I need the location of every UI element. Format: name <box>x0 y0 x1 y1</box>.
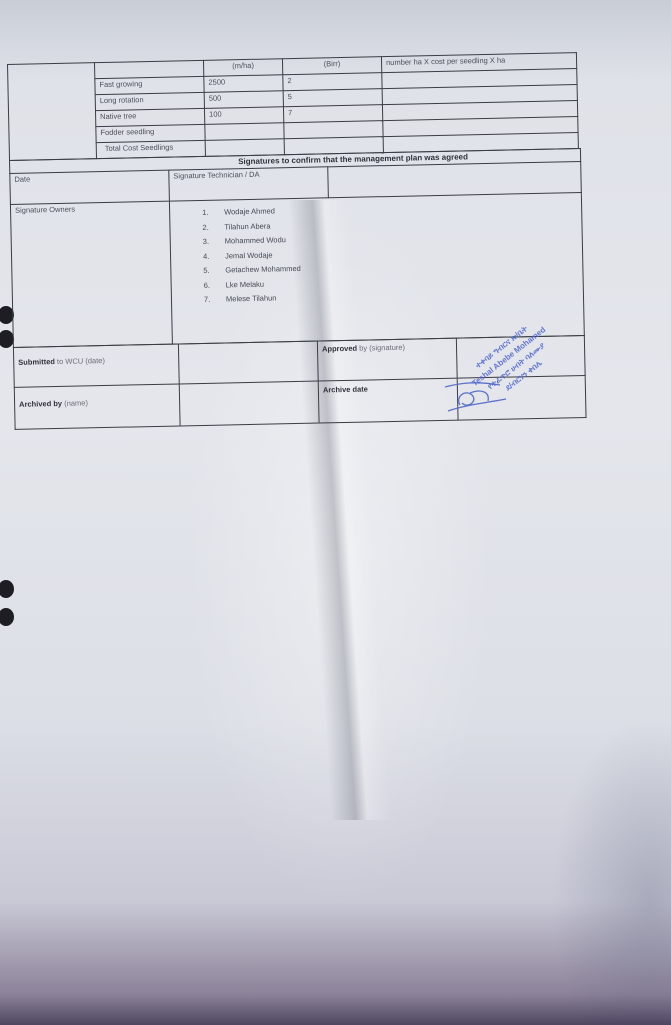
submitted-date-field <box>178 341 318 384</box>
archived-label-suffix: (name) <box>64 398 88 407</box>
density-cell <box>205 123 284 141</box>
owner-name: Wodaje Ahmed <box>224 206 275 216</box>
date-label: Date <box>10 170 170 204</box>
owner-name: Melese Tilahun <box>226 293 277 303</box>
empty-cell <box>8 63 97 161</box>
approved-label-suffix: by (signature) <box>359 343 405 353</box>
owner-name: Lke Melaku <box>226 279 265 289</box>
signatures-table: Signatures to confirm that the managemen… <box>9 148 585 348</box>
owner-name: Jemal Wodaje <box>225 250 273 260</box>
header-cell: (m/ha) <box>203 59 282 77</box>
owner-number: 1. <box>202 205 224 220</box>
submitted-label: Submitted to WCU (date) <box>13 344 179 387</box>
density-cell: 100 <box>204 107 283 125</box>
punch-hole <box>0 608 14 626</box>
owners-list: 1.Wodaje Ahmed 2.Tilahun Abera 3.Mohamme… <box>202 198 579 307</box>
owner-name: Mohammed Wodu <box>225 235 286 245</box>
approved-label-bold: Approved <box>322 344 357 354</box>
punch-hole <box>0 580 14 598</box>
approved-label: Approved by (signature) <box>317 338 457 381</box>
density-cell: 500 <box>204 91 283 109</box>
owner-number: 6. <box>204 278 226 293</box>
owners-label: Signature Owners <box>10 201 172 347</box>
seedling-cost-table: (m/ha) (Birr) number ha X cost per seedl… <box>7 52 579 161</box>
archived-label-bold: Archived by <box>19 399 62 409</box>
owners-list-cell: 1.Wodaje Ahmed 2.Tilahun Abera 3.Mohamme… <box>169 193 584 345</box>
owner-number: 7. <box>204 292 226 307</box>
density-cell: 2500 <box>204 75 283 93</box>
owner-name: Getachew Mohammed <box>225 264 301 275</box>
archived-name-field <box>179 381 319 426</box>
owner-number: 3. <box>203 234 225 249</box>
owner-name: Tilahun Abera <box>224 221 270 231</box>
submitted-label-bold: Submitted <box>18 357 55 367</box>
owner-number: 4. <box>203 249 225 264</box>
owner-number: 5. <box>203 263 225 278</box>
submitted-label-suffix: to WCU (date) <box>57 356 105 366</box>
technician-signature-label: Signature Technician / DA <box>169 167 329 201</box>
archived-label: Archived by (name) <box>14 384 180 429</box>
owner-number: 2. <box>202 220 224 235</box>
